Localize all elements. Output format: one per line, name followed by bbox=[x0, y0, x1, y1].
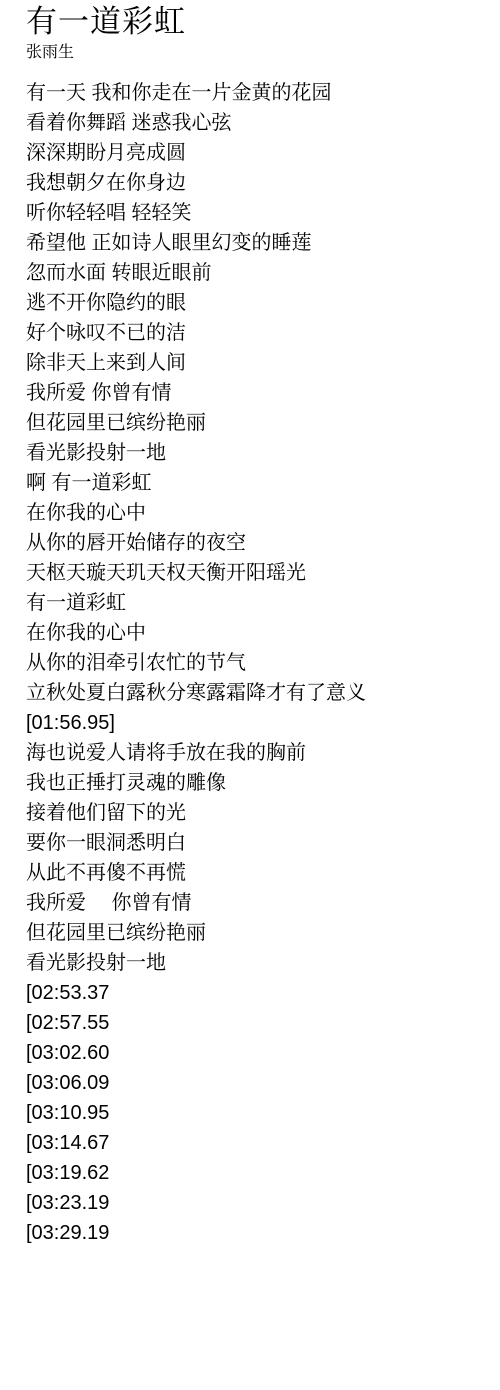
lyric-line: [02:57.55 bbox=[26, 1008, 482, 1038]
lyric-line: 但花园里已缤纷艳丽 bbox=[26, 918, 482, 948]
lyric-line: [03:06.09 bbox=[26, 1068, 482, 1098]
lyric-line: 忽而水面 转眼近眼前 bbox=[26, 258, 482, 288]
lyric-line: [03:10.95 bbox=[26, 1098, 482, 1128]
artist-name: 张雨生 bbox=[26, 43, 482, 62]
lyric-line: 好个咏叹不已的洁 bbox=[26, 318, 482, 348]
lyric-line: 逃不开你隐约的眼 bbox=[26, 288, 482, 318]
lyric-line: [03:29.19 bbox=[26, 1218, 482, 1248]
lyric-line: [03:02.60 bbox=[26, 1038, 482, 1068]
lyric-line: [03:19.62 bbox=[26, 1158, 482, 1188]
lyric-line: [03:14.67 bbox=[26, 1128, 482, 1158]
lyric-line: [03:23.19 bbox=[26, 1188, 482, 1218]
lyric-line: 我所爱 你曾有情 bbox=[26, 378, 482, 408]
lyric-line: 深深期盼月亮成圆 bbox=[26, 138, 482, 168]
lyric-line: 希望他 正如诗人眼里幻变的睡莲 bbox=[26, 228, 482, 258]
lyric-line: 要你一眼洞悉明白 bbox=[26, 828, 482, 858]
lyric-line: 我想朝夕在你身边 bbox=[26, 168, 482, 198]
lyric-line: 从你的唇开始储存的夜空 bbox=[26, 528, 482, 558]
song-title: 有一道彩虹 bbox=[26, 6, 482, 38]
lyric-line: 立秋处夏白露秋分寒露霜降才有了意义 bbox=[26, 678, 482, 708]
lyric-line: [01:56.95] bbox=[26, 708, 482, 738]
lyric-line: 啊 有一道彩虹 bbox=[26, 468, 482, 498]
lyrics-block: 有一天 我和你走在一片金黄的花园看着你舞蹈 迷惑我心弦深深期盼月亮成圆我想朝夕在… bbox=[26, 78, 482, 1248]
lyric-line: 但花园里已缤纷艳丽 bbox=[26, 408, 482, 438]
lyric-line: 从你的泪牵引农忙的节气 bbox=[26, 648, 482, 678]
lyric-line: 听你轻轻唱 轻轻笑 bbox=[26, 198, 482, 228]
lyric-line: 看光影投射一地 bbox=[26, 948, 482, 978]
lyric-line: 从此不再傻不再慌 bbox=[26, 858, 482, 888]
lyric-line: [02:53.37 bbox=[26, 978, 482, 1008]
lyric-line: 在你我的心中 bbox=[26, 618, 482, 648]
lyric-line: 看着你舞蹈 迷惑我心弦 bbox=[26, 108, 482, 138]
lyric-line: 除非天上来到人间 bbox=[26, 348, 482, 378]
lyric-line: 我也正捶打灵魂的雕像 bbox=[26, 768, 482, 798]
lyric-line: 看光影投射一地 bbox=[26, 438, 482, 468]
lyric-line: 海也说爱人请将手放在我的胸前 bbox=[26, 738, 482, 768]
lyric-line: 有一天 我和你走在一片金黄的花园 bbox=[26, 78, 482, 108]
lyric-line: 我所爱 你曾有情 bbox=[26, 888, 482, 918]
lyric-line: 有一道彩虹 bbox=[26, 588, 482, 618]
lyrics-page: 有一道彩虹 张雨生 有一天 我和你走在一片金黄的花园看着你舞蹈 迷惑我心弦深深期… bbox=[0, 0, 500, 1248]
lyric-line: 天枢天璇天玑天权天衡开阳瑶光 bbox=[26, 558, 482, 588]
lyric-line: 接着他们留下的光 bbox=[26, 798, 482, 828]
lyric-line: 在你我的心中 bbox=[26, 498, 482, 528]
